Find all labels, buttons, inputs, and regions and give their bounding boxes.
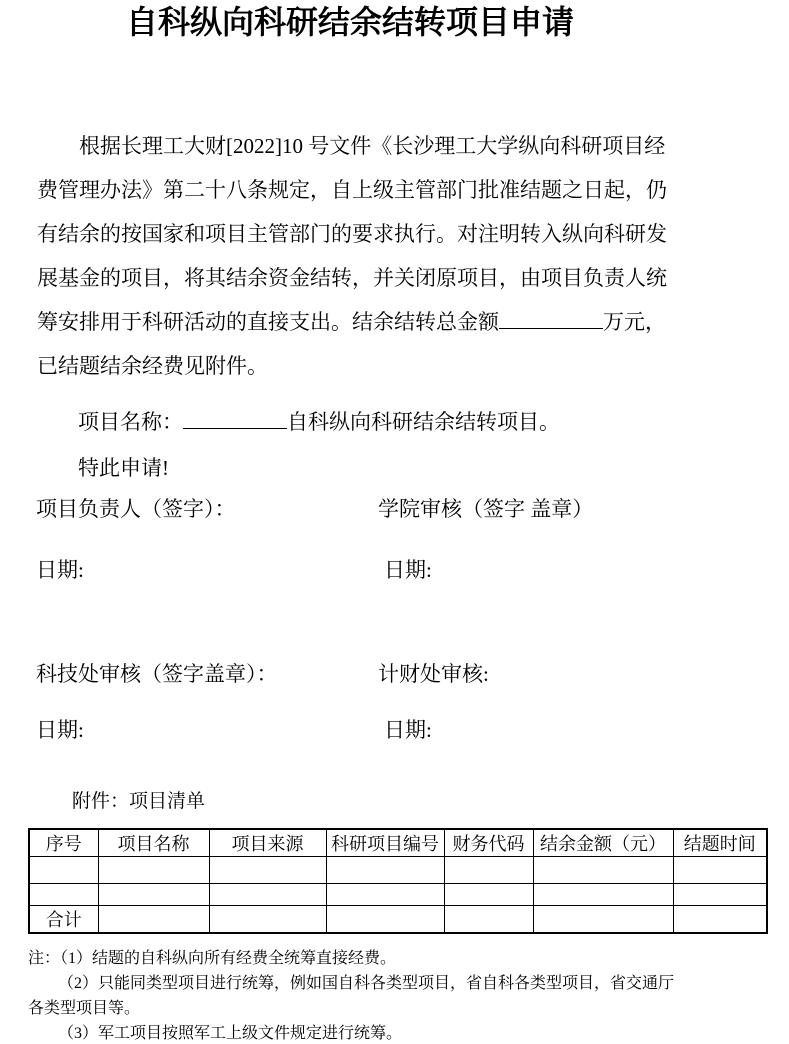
body-line: 费管理办法》第二十八条规定，自上级主管部门批准结题之日起，仍: [37, 168, 677, 212]
amount-line-post: 万元，: [603, 310, 666, 334]
table-cell[interactable]: [209, 906, 326, 934]
header-project-number: 科研项目编号: [326, 829, 444, 857]
table-cell[interactable]: [209, 857, 326, 884]
table-cell[interactable]: [673, 857, 767, 884]
table-cell[interactable]: [444, 857, 533, 884]
table-header-row: 序号 项目名称 项目来源 科研项目编号 财务代码 结余金额（元） 结题时间: [29, 829, 767, 857]
table-cell[interactable]: [444, 906, 533, 934]
scitech-review-label: 科技处审核（签字盖章）：: [36, 660, 278, 688]
note-line: （2）只能同类型项目进行统筹，例如国自科各类型项目，省自科各类型项目，省交通厅: [28, 971, 778, 996]
note-line: 注：（1）结题的自科纵向所有经费全统筹直接经费。: [28, 946, 778, 971]
body-paragraph: 根据长理工大财[2022]10 号文件《长沙理工大学纵向科研项目经 费管理办法》…: [37, 124, 677, 388]
table-row: [29, 857, 767, 884]
header-completion-time: 结题时间: [673, 829, 767, 857]
total-label-cell: 合计: [29, 906, 98, 934]
table-cell[interactable]: [209, 884, 326, 906]
table-cell[interactable]: [98, 857, 209, 884]
note-line: （3）军工项目按照军工上级文件规定进行统筹。: [28, 1021, 778, 1044]
application-document: 自科纵向科研结余结转项目申请 根据长理工大财[2022]10 号文件《长沙理工大…: [0, 0, 789, 1044]
body-line: 根据长理工大财[2022]10 号文件《长沙理工大学纵向科研项目经: [37, 124, 677, 168]
college-date-label: 日期:: [384, 556, 432, 584]
table-cell[interactable]: [326, 857, 444, 884]
project-name-blank-field[interactable]: [183, 413, 287, 429]
table-cell[interactable]: [29, 884, 98, 906]
note-line: 各类型项目等。: [28, 996, 778, 1021]
amount-line: 筹安排用于科研活动的直接支出。结余结转总金额万元，: [37, 300, 677, 344]
leader-date-label: 日期:: [36, 556, 84, 584]
header-seq: 序号: [29, 829, 98, 857]
page-title: 自科纵向科研结余结转项目申请: [37, 2, 663, 42]
table-cell[interactable]: [533, 884, 673, 906]
scitech-date-label: 日期:: [36, 716, 84, 744]
table-cell[interactable]: [326, 906, 444, 934]
table-cell[interactable]: [673, 906, 767, 934]
amount-blank-field[interactable]: [499, 313, 603, 329]
table-cell[interactable]: [29, 857, 98, 884]
project-list-table: 序号 项目名称 项目来源 科研项目编号 财务代码 结余金额（元） 结题时间: [28, 828, 768, 934]
header-finance-code: 财务代码: [444, 829, 533, 857]
header-project-name: 项目名称: [98, 829, 209, 857]
project-name-suffix: 自科纵向科研结余结转项目。: [287, 410, 560, 434]
amount-line-pre: 筹安排用于科研活动的直接支出。结余结转总金额: [37, 310, 499, 334]
notes-section: 注：（1）结题的自科纵向所有经费全统筹直接经费。 （2）只能同类型项目进行统筹，…: [28, 946, 778, 1044]
body-line: 展基金的项目，将其结余资金结转，并关闭原项目，由项目负责人统: [37, 256, 677, 300]
table-cell[interactable]: [326, 884, 444, 906]
header-surplus-amount: 结余金额（元）: [533, 829, 673, 857]
table-total-row: 合计: [29, 906, 767, 934]
table-cell[interactable]: [98, 906, 209, 934]
table-cell[interactable]: [444, 884, 533, 906]
table-row: [29, 884, 767, 906]
table-cell[interactable]: [673, 884, 767, 906]
table-cell[interactable]: [98, 884, 209, 906]
table-cell[interactable]: [533, 906, 673, 934]
project-name-label: 项目名称：: [78, 410, 183, 434]
project-name-line: 项目名称：自科纵向科研结余结转项目。: [78, 400, 560, 444]
attachment-label: 附件：项目清单: [72, 789, 205, 815]
leader-signature-label: 项目负责人（签字）：: [36, 495, 236, 523]
table-cell[interactable]: [533, 857, 673, 884]
closing-line: 已结题结余经费见附件。: [37, 344, 677, 388]
finance-review-label: 计财处审核:: [378, 660, 489, 688]
body-line: 有结余的按国家和项目主管部门的要求执行。对注明转入纵向科研发: [37, 212, 677, 256]
college-review-label: 学院审核（签字 盖章）: [378, 495, 593, 523]
apply-statement: 特此申请!: [78, 446, 169, 490]
header-project-source: 项目来源: [209, 829, 326, 857]
finance-date-label: 日期:: [384, 716, 432, 744]
